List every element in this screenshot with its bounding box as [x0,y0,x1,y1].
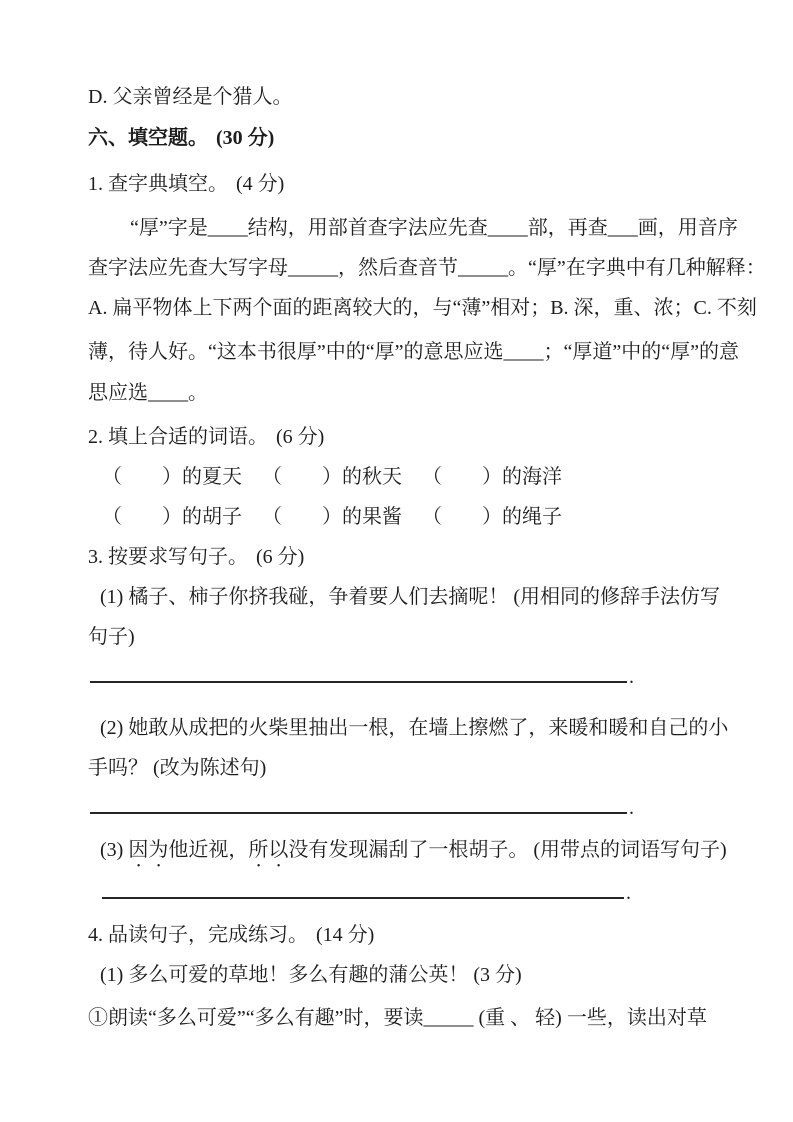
exam-paper: D. 父亲曾经是个猎人。 六、填空题。(30 分) 1. 查字典填空。(4 分)… [0,0,793,1122]
q3-item2-line-1: (2) 她敢从成把的火柴里抽出一根，在墙上擦燃了，来暖和暖和自己的小 [88,708,733,748]
q2-heading: 2. 填上合适的词语。(6 分) [88,417,733,457]
answer-blank-rule-2 [90,793,627,814]
section-heading-title: 六、填空题。 [88,127,208,149]
q3-item2-answer-line: . [88,788,733,828]
option-d: D. 父亲曾经是个猎人。 [88,77,733,117]
answer-blank-rule-1 [90,662,627,683]
q4-sub1-line: ①朗读“多么可爱”“多么有趣”时，要读_____ (重 、 轻) 一些，读出对草 [88,998,733,1038]
q1-heading: 1. 查字典填空。(4 分) [88,164,733,204]
q1-score: (4 分) [236,173,284,195]
answer-period-1: . [629,657,634,697]
q4-score: (14 分) [316,924,374,946]
q3-item1-line-2: 句子) [88,617,733,657]
section-heading-score: (30 分) [216,127,274,149]
q3-item1-answer-line: . [88,657,733,697]
q3-item1-line-1: (1) 橘子、柿子你挤我碰，争着要人们去摘呢！ (用相同的修辞手法仿写 [88,577,733,617]
q3-score: (6 分) [256,546,304,568]
q3-item3-emphasized-word-1: 因为 [128,839,168,861]
answer-period-3: . [626,873,631,913]
section-heading: 六、填空题。(30 分) [88,118,733,158]
q4-title: 4. 品读句子，完成练习。 [88,924,308,946]
q3-item3-middle-text: 他近视， [168,839,248,861]
answer-period-2: . [629,788,634,828]
q2-blank-rope: （ ）的绳子 [422,497,562,537]
q2-blank-autumn: （ ）的秋天 [262,457,422,497]
q3-item3-answer-line: . [88,873,733,913]
q1-paragraph-line-3: A. 扁平物体上下两个面的距离较大的，与“薄”相对；B. 深，重、浓；C. 不刻 [88,288,733,328]
q3-heading: 3. 按要求写句子。(6 分) [88,537,733,577]
q2-blank-ocean: （ ）的海洋 [422,457,562,497]
q1-title: 1. 查字典填空。 [88,173,228,195]
q4-item1-line: (1) 多么可爱的草地！多么有趣的蒲公英！ (3 分) [88,955,733,995]
q3-item2-line-2: 手吗？ (改为陈述句) [88,748,733,788]
answer-blank-rule-3 [102,878,624,899]
q1-paragraph-line-1: “厚”字是____结构，用部首查字法应先查____部，再查___画，用音序 [88,208,733,248]
q4-heading: 4. 品读句子，完成练习。(14 分) [88,915,733,955]
q1-paragraph-line-4: 薄，待人好。“这本书很厚”中的“厚”的意思应选____；“厚道”中的“厚”的意 [88,332,733,372]
q1-paragraph-line-2: 查字法应先查大写字母_____，然后查音节_____。“厚”在字典中有几种解释： [88,248,733,288]
q2-score: (6 分) [276,426,324,448]
q2-row-1: （ ）的夏天 （ ）的秋天 （ ）的海洋 [88,457,733,497]
q2-title: 2. 填上合适的词语。 [88,426,268,448]
q3-item3-rest-text: 没有发现漏刮了一根胡子。 (用带点的词语写句子) [288,839,726,861]
q3-item3-emphasized-word-2: 所以 [248,839,288,861]
q2-blank-beard: （ ）的胡子 [102,497,262,537]
q3-title: 3. 按要求写句子。 [88,546,248,568]
q2-row-2: （ ）的胡子 （ ）的果酱 （ ）的绳子 [88,497,733,537]
q3-item3-number: (3) [100,839,128,861]
q2-blank-summer: （ ）的夏天 [102,457,262,497]
q3-item3-line: (3) 因为他近视，所以没有发现漏刮了一根胡子。 (用带点的词语写句子) [88,830,733,870]
q1-paragraph-line-5: 思应选____。 [88,373,733,413]
q2-blank-jam: （ ）的果酱 [262,497,422,537]
